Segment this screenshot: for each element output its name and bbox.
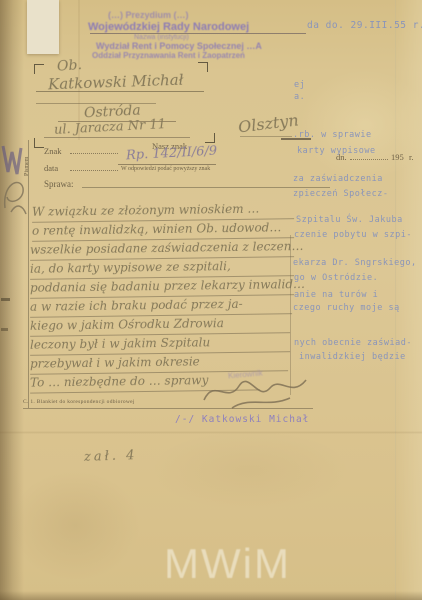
typed-date-fragment: da do. 29.III.55 r.: [307, 20, 422, 31]
margin-fragment: zpieczeń Społecz-: [293, 189, 389, 199]
margin-fragment: ekarza Dr. Sngrskiego,: [293, 258, 417, 268]
znak-field-line: [70, 147, 118, 154]
stamp-line-5: Oddział Przyznawania Rent i Zaopatrzeń: [92, 51, 245, 60]
corner-bracket: [205, 133, 215, 143]
body-line: poddania się badaniu przez lekarzy inwal…: [30, 277, 294, 299]
body-line: W związku ze złożonym wnioskiem …: [32, 201, 294, 223]
scan-shadow-bottom: [0, 591, 422, 600]
archive-watermark: MWiM: [164, 540, 291, 588]
data-label: data: [44, 163, 58, 173]
addressee-name-handwritten: Katkowski Michał: [48, 71, 184, 94]
pencil-rule: [44, 137, 190, 138]
edge-tick: [1, 328, 8, 331]
r-label: r.: [409, 152, 414, 162]
stamp-line-4: Wydział Rent i Pomocy Społecznej …A: [96, 41, 262, 51]
salutation-handwritten: Ob.: [56, 57, 82, 75]
margin-fragment: Szpitalu Św. Jakuba: [296, 215, 403, 225]
margin-fragment: .rb. w sprawie: [293, 130, 372, 140]
form-side-label: Pismem: [24, 157, 30, 176]
pencil-rule: [36, 91, 204, 92]
margin-fragment: czego ruchy moje są: [293, 303, 400, 313]
form-border-left: [28, 140, 29, 408]
corner-bracket: [34, 138, 44, 148]
stamp-line-2: Wojewódzkiej Rady Narodowej: [88, 21, 249, 33]
typed-signature: /-/ Katkowski Michał: [175, 414, 309, 425]
margin-fragment: za zaświadczenia: [293, 174, 383, 184]
form-footnote: C. 1. Blankiet do korespondencji odbioro…: [23, 399, 135, 405]
margin-fragment: karty wypisowe: [297, 146, 376, 156]
body-line: leczony był i w jakim Szpitalu: [30, 334, 290, 356]
pencil-rule: [118, 164, 216, 165]
margin-fragment: czenie pobytu w szpi-: [294, 230, 412, 240]
znak-label: Znak: [44, 146, 61, 156]
form-border-bottom: [23, 408, 313, 409]
margin-fragment: a.: [294, 92, 305, 102]
paper-stain: [10, 470, 140, 580]
attachment-note-handwritten: zał. 4: [84, 448, 138, 465]
reference-number-handwritten: Rp. 142/II/6/9: [126, 144, 218, 164]
edge-tick: [1, 298, 10, 301]
reply-note: W odpowiedzi podać powyższy znak: [121, 166, 210, 172]
margin-fragment: ej: [294, 80, 305, 90]
paper-stain: [300, 70, 422, 180]
margin-fragment: nych obecnie zaświad-: [294, 338, 412, 348]
body-line: kiego w jakim Ośrodku Zdrowia: [30, 315, 290, 337]
year-label: 195: [391, 152, 404, 162]
scanned-document: (…) Prezydium (…) Wojewódzkiej Rady Naro…: [0, 0, 422, 600]
paper-tab: [27, 0, 59, 54]
pencil-rule: [240, 136, 292, 137]
margin-fragment: go w Ostródzie.: [294, 273, 378, 283]
corner-bracket: [34, 64, 44, 74]
corner-bracket: [198, 62, 208, 72]
place-note-handwritten: Olsztyn: [237, 110, 300, 136]
body-line: o rentę inwalidzką, winien Ob. udowod…: [32, 220, 294, 242]
pencil-scribble-mark: [0, 172, 28, 216]
margin-fragment: inwalidzkiej będzie: [299, 352, 406, 362]
stamp-underline: [90, 33, 306, 34]
body-line: wszelkie posiadane zaświadczenia z lecze…: [30, 239, 294, 261]
data-field-line: [70, 164, 118, 171]
stamp-line-3: Nazwa (instytucji): [134, 34, 189, 41]
paper-stain: [150, 430, 350, 510]
stamp-line-1: (…) Prezydium (…): [108, 10, 189, 20]
sprawa-label: Sprawa:: [44, 179, 74, 189]
margin-fragment: anie na turów i: [294, 290, 378, 300]
body-line: a w razie ich braku podać przez ja-: [30, 296, 292, 318]
body-line: ia, do karty wypisowe ze szpitali,: [30, 258, 294, 280]
signature-scribble: [198, 362, 313, 412]
